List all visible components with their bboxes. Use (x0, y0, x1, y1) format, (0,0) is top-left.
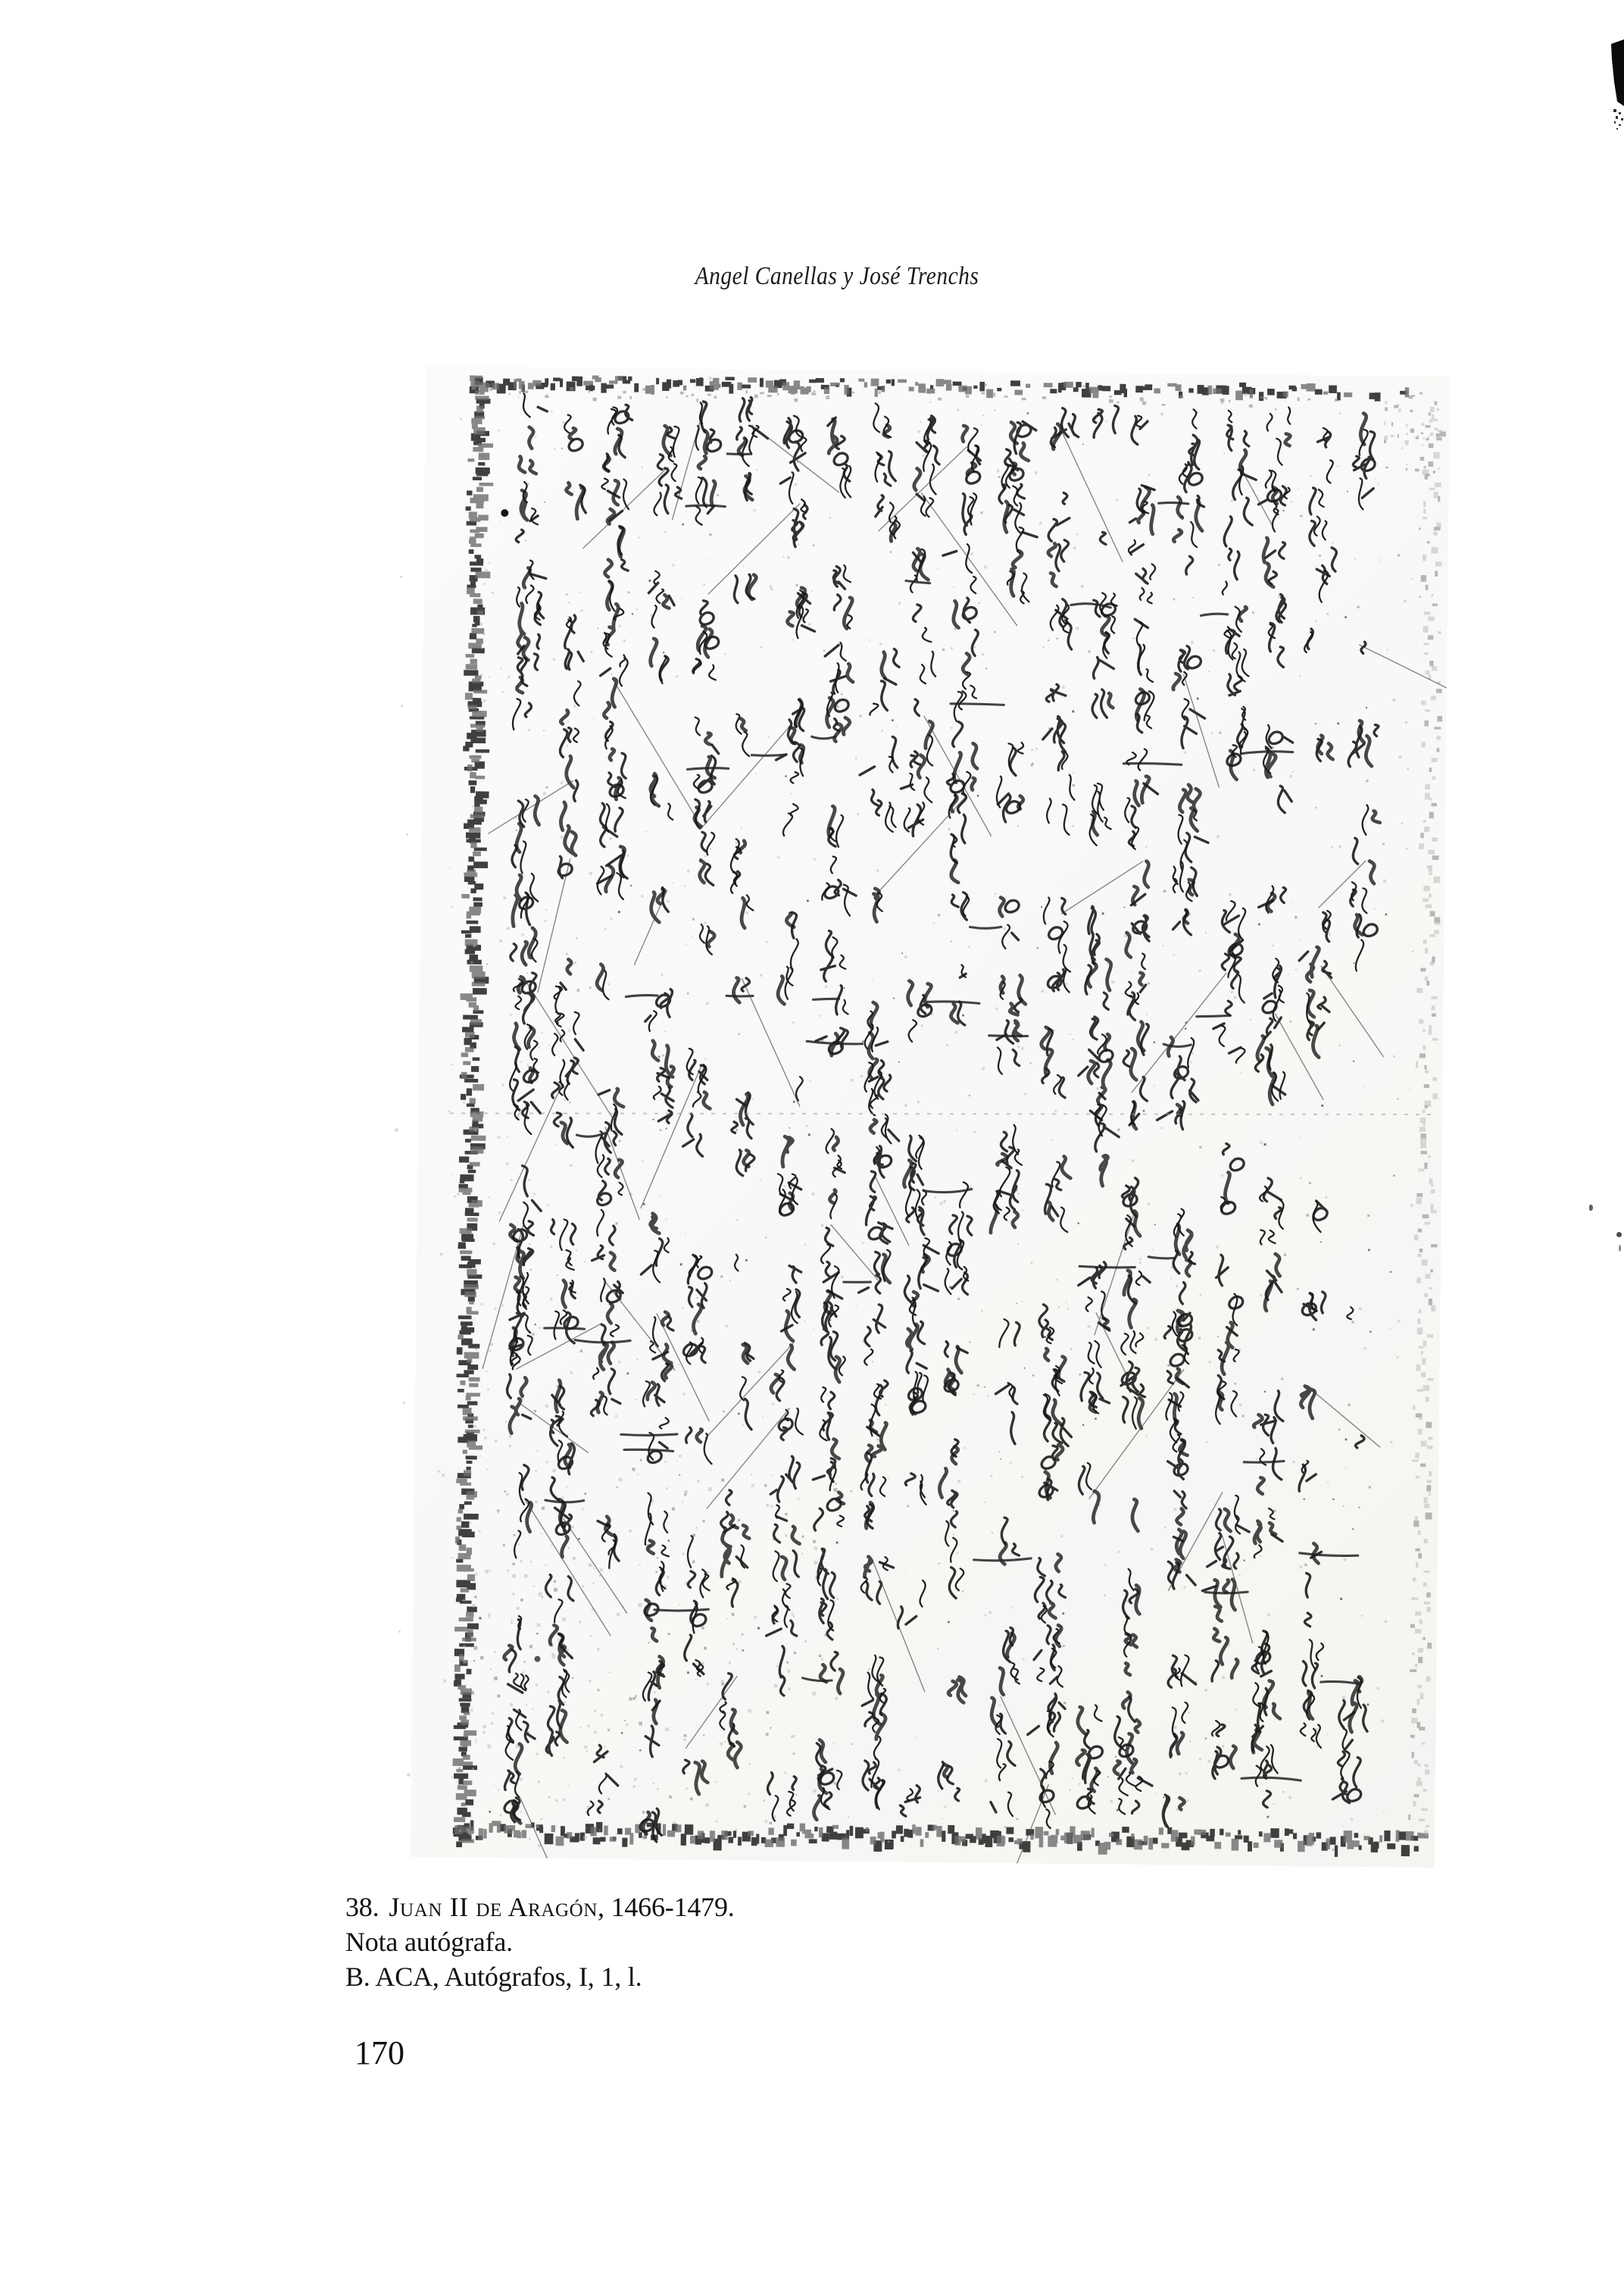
scan-mark (1616, 1232, 1622, 1237)
print-artifact-corner (1594, 36, 1624, 135)
caption-line-2: Nota autógrafa. (345, 1924, 735, 1959)
scan-mark (1589, 1205, 1593, 1211)
manuscript-photo (411, 366, 1451, 1868)
caption-line-1: 38.Juan II de Aragón, 1466-1479. (345, 1890, 735, 1924)
page-number: 170 (354, 2037, 404, 2070)
caption-subject: Juan II de Aragón (389, 1892, 598, 1922)
caption-line-3: B. ACA, Autógrafos, I, 1, l. (345, 1959, 735, 1994)
scan-mark (1619, 1245, 1621, 1252)
scan-noise-dots (400, 576, 402, 578)
running-header: Angel Canellas y José Trenchs (695, 264, 979, 289)
figure-caption: 38.Juan II de Aragón, 1466-1479. Nota au… (345, 1890, 735, 1994)
caption-dates: , 1466-1479. (598, 1892, 735, 1922)
caption-number: 38. (345, 1892, 379, 1922)
print-artifact-shape (1594, 36, 1624, 135)
manuscript-handwriting (411, 366, 1451, 1868)
book-page: { "page": { "running_header": "Angel Can… (0, 0, 1624, 2279)
